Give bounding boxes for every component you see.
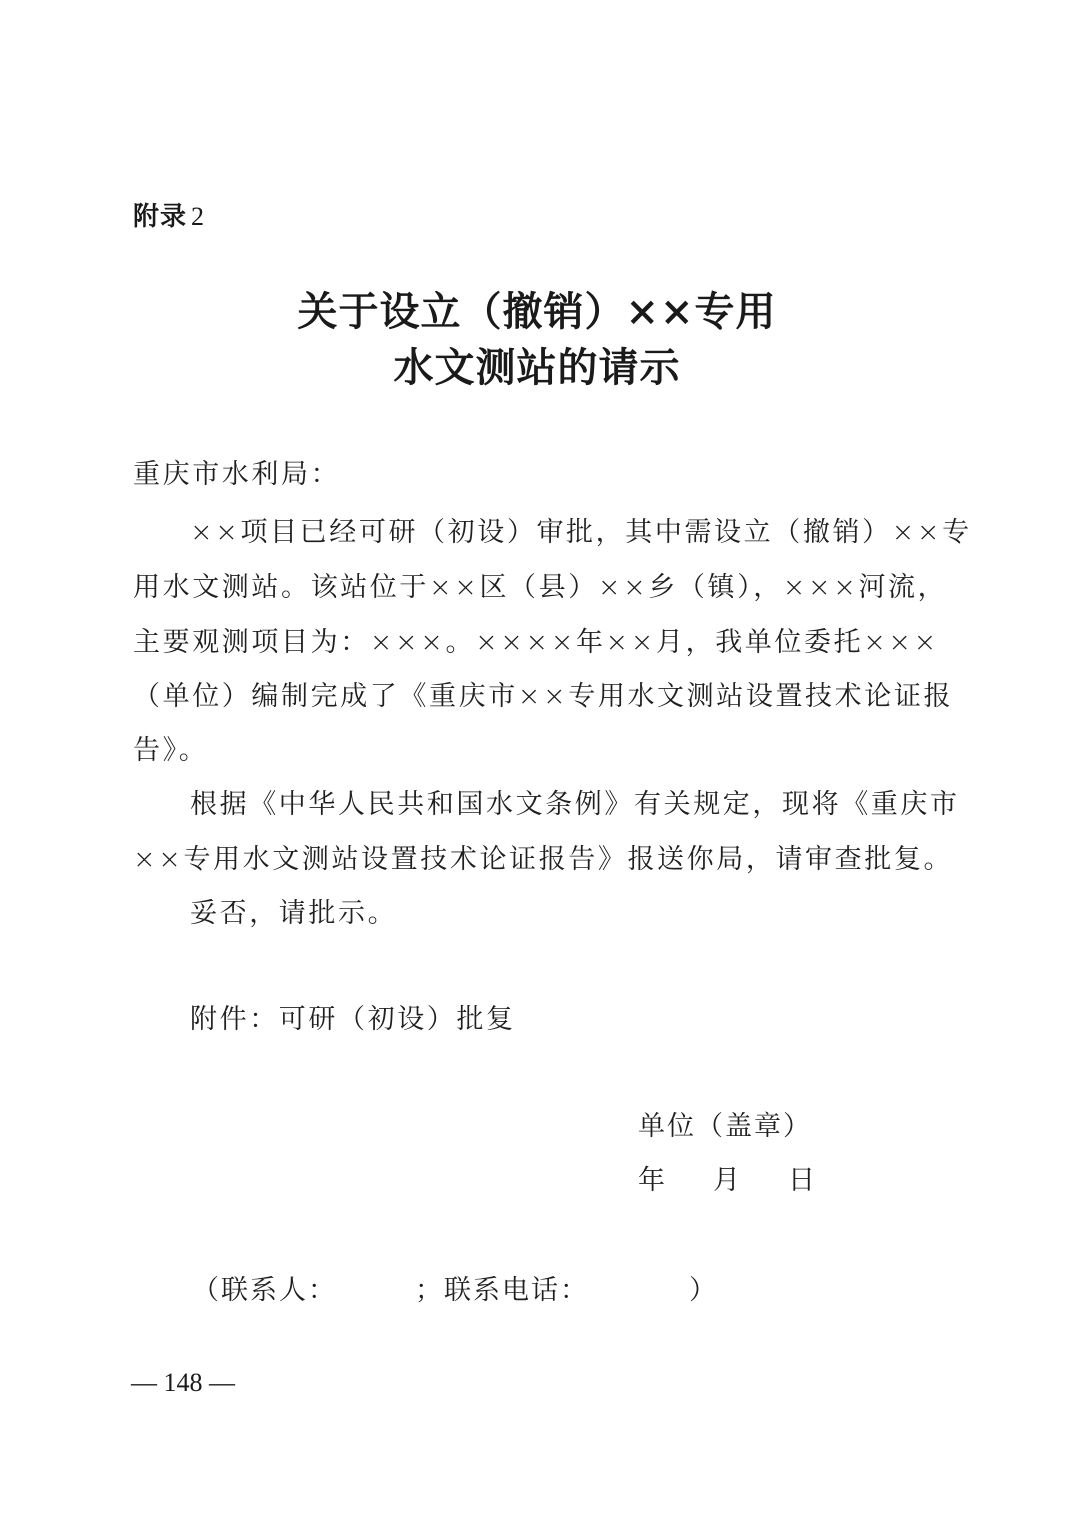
attachment-line: 附件：可研（初设）批复	[190, 997, 516, 1036]
salutation: 重庆市水利局：	[133, 452, 340, 491]
document-title-line-1: 关于设立（撤销）××专用	[0, 280, 1074, 337]
body-line-2: 用水文测站。该站位于××区（县）××乡（镇），×××河流，	[133, 565, 947, 604]
appendix-label-text: 附录	[133, 202, 187, 232]
body-line-6: 根据《中华人民共和国水文条例》有关规定，现将《重庆市	[190, 782, 960, 821]
date-month: 月	[713, 1158, 742, 1197]
page-number: — 148 —	[131, 1368, 235, 1398]
contact-phone-label: ；联系电话：	[415, 1275, 589, 1306]
appendix-label: 附录2	[133, 196, 205, 233]
signature-unit: 单位（盖章）	[638, 1104, 812, 1143]
date-year: 年	[638, 1158, 667, 1197]
body-line-1: ××项目已经可研（初设）审批，其中需设立（撤销）××专	[190, 510, 972, 549]
body-line-5: 告》。	[133, 728, 208, 767]
body-line-7: ××专用水文测站设置技术论证报告》报送你局，请审查批复。	[133, 837, 953, 876]
contact-person-label: （联系人：	[192, 1275, 337, 1306]
date-day: 日	[788, 1158, 817, 1197]
signature-date: 年月日	[638, 1158, 817, 1197]
body-line-4: （单位）编制完成了《重庆市××专用水文测站设置技术论证报	[133, 674, 953, 713]
appendix-number: 2	[191, 202, 205, 231]
document-title-line-2: 水文测站的请示	[0, 336, 1074, 393]
document-page: 附录2 关于设立（撤销）××专用 水文测站的请示 重庆市水利局： ××项目已经可…	[0, 0, 1074, 1520]
contact-line: （联系人：；联系电话：）	[192, 1268, 718, 1307]
closing-line: 妥否，请批示。	[190, 891, 397, 930]
contact-close: ）	[689, 1275, 718, 1306]
body-line-3: 主要观测项目为：×××。××××年××月，我单位委托×××	[133, 620, 939, 659]
